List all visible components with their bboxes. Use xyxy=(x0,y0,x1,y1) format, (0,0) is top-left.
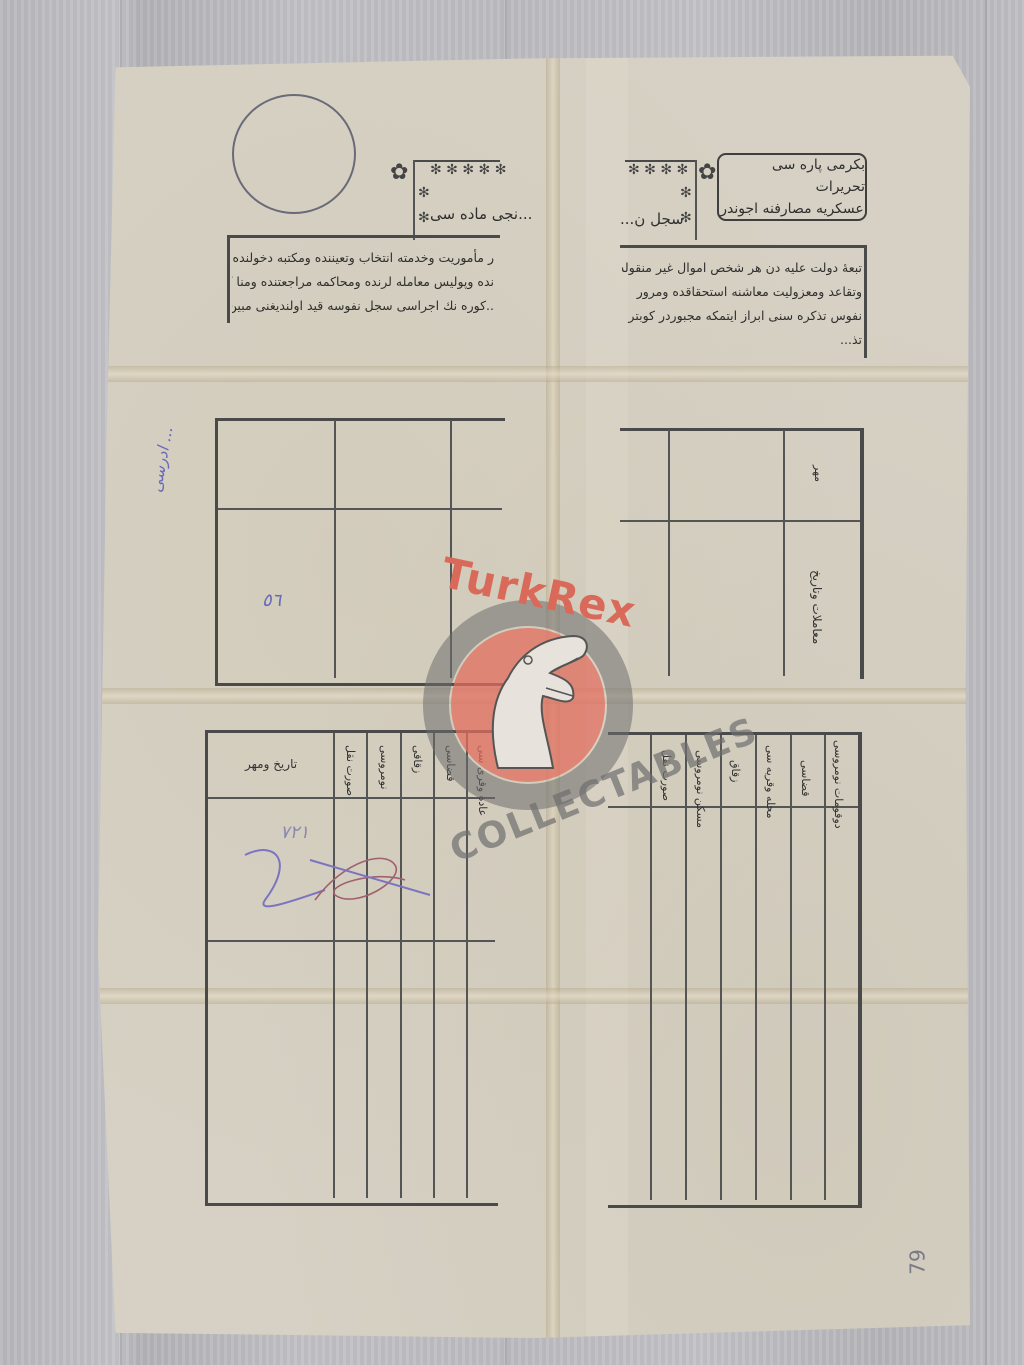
text-line: تذ... xyxy=(622,328,862,352)
header-title-line: عسكريه مصارفنه اجوندر xyxy=(720,198,863,220)
table-row-line xyxy=(208,940,495,942)
header-title-box: بكرمى پاره سى تحريرات عسكريه مصارفنه اجو… xyxy=(717,153,867,221)
text-block-right: تبعهٔ دولت عليه دن هر شخص اموال غير منقو… xyxy=(622,256,862,352)
trex-head-icon xyxy=(478,618,598,778)
handwritten-signature xyxy=(235,840,445,920)
circular-seal-stamp xyxy=(232,94,356,214)
star-ornament-icon: ✻ xyxy=(680,185,692,201)
article-label-left: ...نجى ماده سى xyxy=(430,205,532,223)
table-header-line xyxy=(608,806,858,808)
table-col-line xyxy=(824,735,826,1200)
text-line: نده وپوليس معامله لرنده ومحاكمه مراجعتند… xyxy=(232,270,494,294)
table-col-line xyxy=(783,430,785,676)
text-line: ر مأموريت وخدمته انتخاب وتعيننده ومكتبه … xyxy=(232,246,494,270)
table-col-line xyxy=(790,735,792,1200)
column-header: قضاسى xyxy=(799,760,812,797)
column-header: محله وقريه سى xyxy=(764,745,777,819)
table-col-line xyxy=(333,733,335,1198)
text-line: نفوس تذكره سنى ابراز ايتمكه مجبوردر كوبت… xyxy=(622,304,862,328)
table-col-line xyxy=(366,733,368,1198)
table-col-line xyxy=(685,735,687,1200)
column-header: صورت نقل xyxy=(344,745,357,796)
seal-column-label: مهر xyxy=(812,465,825,482)
table-col-line xyxy=(400,733,402,1198)
star-ornament-icon: ✻ ✻ ✻ ✻ ✻ xyxy=(430,162,506,178)
star-ornament-icon: ✻ ✻ ✻ ✻ xyxy=(628,162,688,178)
star-ornament-icon: ✻ xyxy=(418,185,430,201)
text-line: تبعهٔ دولت عليه دن هر شخص اموال غير منقو… xyxy=(622,256,862,280)
middle-right-table xyxy=(620,428,864,679)
flower-ornament-icon: ✿ xyxy=(390,160,408,185)
star-ornament-icon: ✻ xyxy=(418,210,430,226)
table-col-line xyxy=(720,735,722,1200)
header-title-line: بكرمى پاره سى تحريرات xyxy=(719,154,865,198)
flower-ornament-icon: ✿ xyxy=(698,160,716,185)
table-col-line xyxy=(650,735,652,1200)
table-row-line xyxy=(218,508,502,510)
article-label-right: سجل ن... xyxy=(620,210,684,228)
column-header: زقاق xyxy=(729,760,742,782)
text-line: ..كوره نك اجراسى سجل نفوسه قيد اولنديغنى… xyxy=(232,294,494,318)
column-header: دوقومات نومروسى xyxy=(832,740,845,829)
handwritten-scribble: ٥٦ xyxy=(262,590,281,611)
floor-plank-seam xyxy=(985,0,987,1365)
text-line: وتقاعد ومعزوليت معاشنه استحقاقده ومرور xyxy=(622,280,862,304)
table-col-line xyxy=(755,735,757,1200)
column-header: نومروسى xyxy=(378,745,391,789)
table-col-line xyxy=(334,420,336,678)
text-block-left: ر مأموريت وخدمته انتخاب وتعيننده ومكتبه … xyxy=(232,246,494,318)
transactions-date-label: معاملات وتاريخ xyxy=(810,570,824,644)
table-col-line xyxy=(668,430,670,676)
date-and-seal-label: تاريخ ومهر xyxy=(245,757,297,771)
ornament-line xyxy=(413,160,415,240)
ornament-line xyxy=(695,160,697,240)
pencil-page-number: 79 xyxy=(906,1249,930,1274)
horizontal-fold xyxy=(98,366,970,382)
table-row-line xyxy=(620,520,860,522)
